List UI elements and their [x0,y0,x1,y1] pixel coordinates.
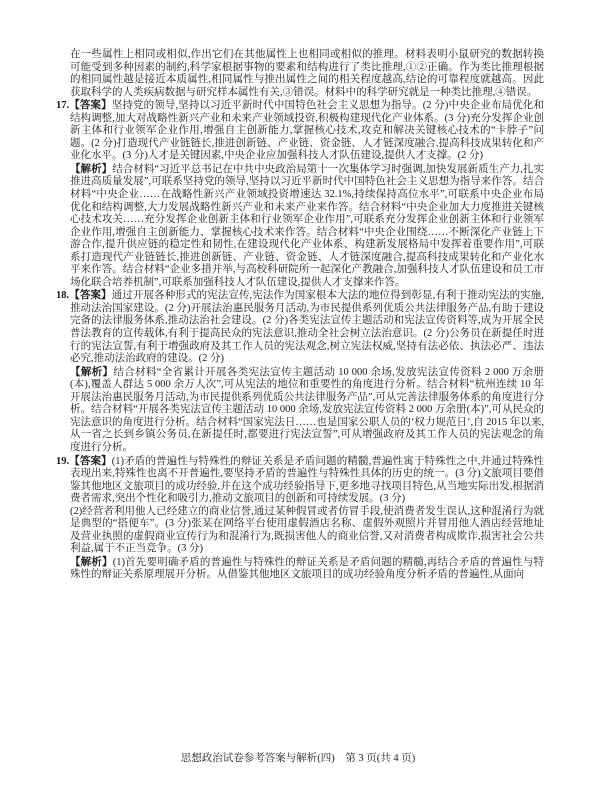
item-19-analysis: 【解析】(1)首先要明确矛盾的普遍性与特殊性的辩证关系是矛盾问题的精髓,再结合矛… [56,556,544,582]
paragraph-text: 在一些属性上相同或相似,作出它们在其他属性上也相同或相似的推理。材料表明小鼠研究… [70,49,544,98]
item-18-analysis: 【解析】结合材料“全省累计开展各类宪法宣传主题活动 10 000 余场,发放宪法… [56,366,544,455]
answer-key-page: 在一些属性上相同或相似,作出它们在其他属性上也相同或相似的推理。材料表明小鼠研究… [0,0,596,794]
paragraph-text: (2)经营者利用他人已经建立的商业信誉,通过某种假冒或者仿冒手段,使消费者发生误… [70,506,544,555]
item-19-answer-part1: 19.【答案】(1)矛盾的普遍性与特殊性的辩证关系是矛盾问题的精髓,普遍性寓于特… [56,455,544,506]
answer-label: 【答案】 [69,289,112,301]
document-body: 在一些属性上相同或相似,作出它们在其他属性上也相同或相似的推理。材料表明小鼠研究… [56,49,544,582]
answer-label: 【答案】 [69,99,112,111]
analysis-label: 【解析】 [70,556,113,568]
item-19-answer-part2: (2)经营者利用他人已经建立的商业信誉,通过某种假冒或者仿冒手段,使消费者发生误… [56,506,544,556]
item-19-number: 19. [56,456,69,467]
item-17-number: 17. [56,100,69,111]
answer-label: 【答案】 [69,455,112,467]
item-17-answer: 17.【答案】坚持党的领导,坚持以习近平新时代中国特色社会主义思想为指导。(2 … [56,99,544,163]
paragraph-text: 结合材料“习近平总书记在中共中央政治局第十一次集体学习时强调,加快发展新质生产力… [70,164,544,288]
page-footer: 思想政治试卷参考答案与解析(四) 第 3 页(共 4 页) [0,753,596,766]
analysis-label: 【解析】 [70,366,113,378]
item-18-answer: 18.【答案】通过开展各种形式的宪法宣传,宪法作为国家根本大法的地位得到彰显,有… [56,289,544,365]
paragraph-text: 通过开展各种形式的宪法宣传,宪法作为国家根本大法的地位得到彰显,有利于推动宪法的… [70,290,544,364]
analysis-label: 【解析】 [70,163,112,175]
paragraph-text: 坚持党的领导,坚持以习近平新时代中国特色社会主义思想为指导。(2 分)中央企业布… [70,100,544,161]
item-17-analysis: 【解析】结合材料“习近平总书记在中共中央政治局第十一次集体学习时强调,加快发展新… [56,163,544,289]
item-18-number: 18. [56,290,69,301]
paragraph-text: 结合材料“全省累计开展各类宪法宣传主题活动 10 000 余场,发放宪法宣传资料… [70,367,544,453]
paragraph-text: (1)矛盾的普遍性与特殊性的辩证关系是矛盾问题的精髓,普遍性寓于特殊性之中,并通… [70,456,544,505]
paragraph-text: (1)首先要明确矛盾的普遍性与特殊性的辩证关系是矛盾问题的精髓,再结合矛盾的普遍… [70,557,544,581]
paragraph-continuation: 在一些属性上相同或相似,作出它们在其他属性上也相同或相似的推理。材料表明小鼠研究… [56,49,544,99]
